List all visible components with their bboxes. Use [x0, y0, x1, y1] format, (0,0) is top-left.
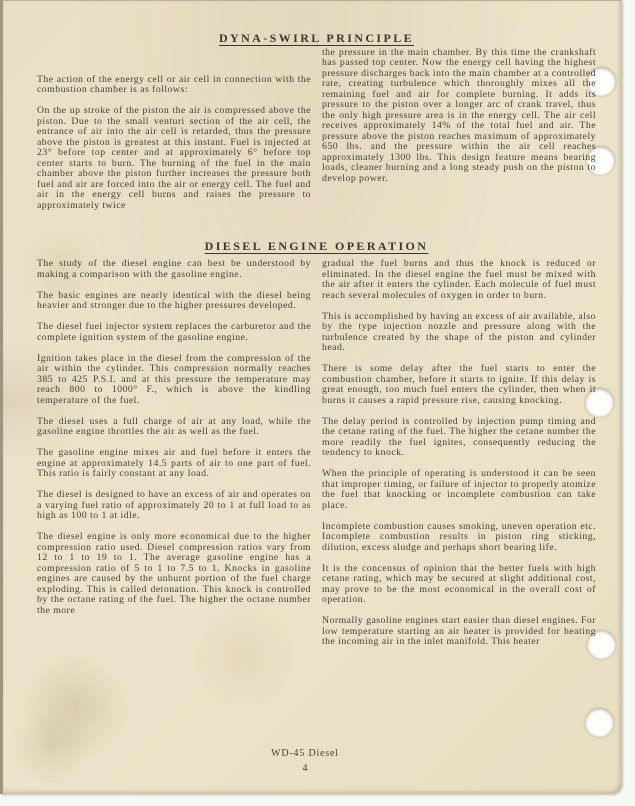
page-content: DYNA-SWIRL PRINCIPLE The action of the e… — [0, 0, 622, 658]
page-footer: WD-45 Diesel 4 — [0, 748, 610, 774]
paragraph: Incomplete combustion causes smoking, un… — [322, 522, 596, 554]
paragraph: The basic engines are nearly identical w… — [37, 291, 311, 312]
paragraph: The diesel is designed to have an excess… — [37, 490, 311, 522]
punch-hole — [585, 708, 614, 737]
dyna-swirl-left-column: The action of the energy cell or air cel… — [37, 48, 311, 222]
page-number: 4 — [0, 763, 610, 774]
paragraph: There is some delay after the fuel start… — [322, 364, 596, 406]
paragraph: The action of the energy cell or air cel… — [37, 75, 311, 96]
paragraph: The delay period is controlled by inject… — [322, 417, 596, 459]
section-heading-dyna-swirl: DYNA-SWIRL PRINCIPLE — [37, 33, 596, 44]
diesel-operation-left-column: The study of the diesel engine can best … — [37, 259, 311, 658]
paragraph: This is accomplished by having an excess… — [322, 312, 596, 354]
paragraph: When the principle of operating is under… — [322, 469, 596, 511]
paragraph: It is the concensus of opinion that the … — [322, 564, 596, 606]
diesel-operation-columns: The study of the diesel engine can best … — [37, 259, 596, 658]
paragraph: The diesel engine is only more economica… — [37, 532, 311, 616]
paragraph: The diesel uses a full charge of air at … — [37, 417, 311, 438]
diesel-operation-right-column: gradual the fuel burns and thus the knoc… — [322, 259, 596, 658]
paragraph: On the up stroke of the piston the air i… — [37, 106, 311, 211]
paragraph: The study of the diesel engine can best … — [37, 259, 311, 280]
section-heading-diesel-engine-operation: DIESEL ENGINE OPERATION — [37, 241, 596, 252]
paragraph: gradual the fuel burns and thus the knoc… — [322, 259, 596, 301]
paragraph: The gasoline engine mixes air and fuel b… — [37, 448, 311, 480]
footer-model-label: WD-45 Diesel — [0, 748, 610, 759]
paragraph: The diesel fuel injector system replaces… — [37, 322, 311, 343]
paragraph: the pressure in the main chamber. By thi… — [322, 48, 596, 185]
dyna-swirl-right-column: the pressure in the main chamber. By thi… — [322, 48, 596, 222]
paragraph: Ignition takes place in the diesel from … — [37, 354, 311, 407]
dyna-swirl-columns: The action of the energy cell or air cel… — [37, 48, 596, 222]
paragraph: Normally gasoline engines start easier t… — [322, 616, 596, 648]
